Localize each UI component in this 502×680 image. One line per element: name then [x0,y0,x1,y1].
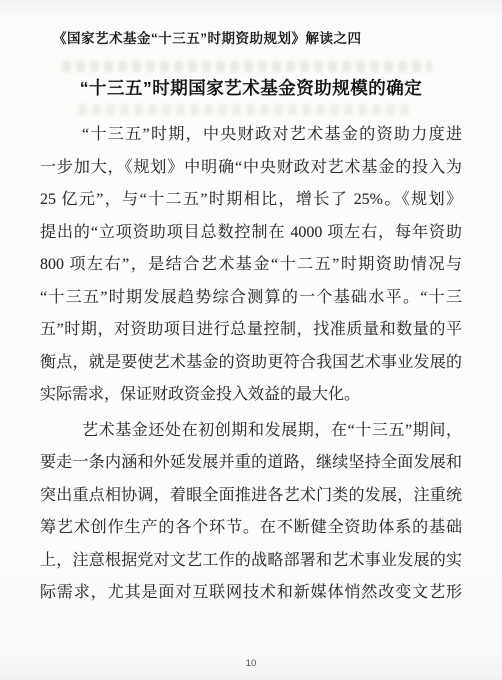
text-line: 25 亿元”，与“十二五”时期相比，增长了 25%。《规划》 [40,184,462,217]
document-page: 《国家艺术基金“十三五”时期资助规划》解读之四 “十三五”时期国家艺术基金资助规… [0,0,502,680]
text-line: 要走一条内涵和外延发展并重的道路，继续坚持全面发展和 [40,447,462,480]
bleed-through-artifact [62,61,432,72]
text-line: 上，注意根据党对文艺工作的战略部署和艺术事业发展的实 [40,545,462,578]
text-line: 800 项左右”，是结合艺术基金“十二五”时期资助情况与 [40,249,462,282]
paragraph-1: “十三五”时期，中央财政对艺术基金的资助力度进 一步加大，《规划》中明确“中央财… [40,119,462,412]
text-line: “十三五”时期，中央财政对艺术基金的资助力度进 [40,119,462,152]
text-line: 提出的“立项资助项目总数控制在 4000 项左右，每年资助 [40,217,462,250]
text-line: 实际需求，保证财政资金投入效益的最大化。 [40,379,462,412]
text-line: “十三五”时期发展趋势综合测算的一个基础水平。“十三 [40,282,462,315]
text-line: 一步加大，《规划》中明确“中央财政对艺术基金的投入为 [40,152,462,185]
paragraph-2: 艺术基金还处在初创期和发展期，在“十三五”期间， 要走一条内涵和外延发展并重的道… [40,415,462,610]
document-body: “十三五”时期，中央财政对艺术基金的资助力度进 一步加大，《规划》中明确“中央财… [40,119,462,610]
text-line: 际需求，尤其是面对互联网技术和新媒体悄然改变文艺形 [40,577,462,610]
bleed-through-artifact [78,104,414,115]
text-line: 衡点，就是要使艺术基金的资助更符合我国艺术事业发展的 [40,347,462,380]
page-number: 10 [0,658,502,669]
text-line: 突出重点相协调，着眼全面推进各艺术门类的发展，注重统 [40,480,462,513]
text-line: 五”时期，对资助项目进行总量控制，找准质量和数量的平 [40,314,462,347]
text-line: 筹艺术创作生产的各个环节。在不断健全资助体系的基础 [40,512,462,545]
page-title: “十三五”时期国家艺术基金资助规模的确定 [40,76,462,100]
document-series-header: 《国家艺术基金“十三五”时期资助规划》解读之四 [53,30,462,48]
text-line: 艺术基金还处在初创期和发展期，在“十三五”期间， [40,415,462,448]
